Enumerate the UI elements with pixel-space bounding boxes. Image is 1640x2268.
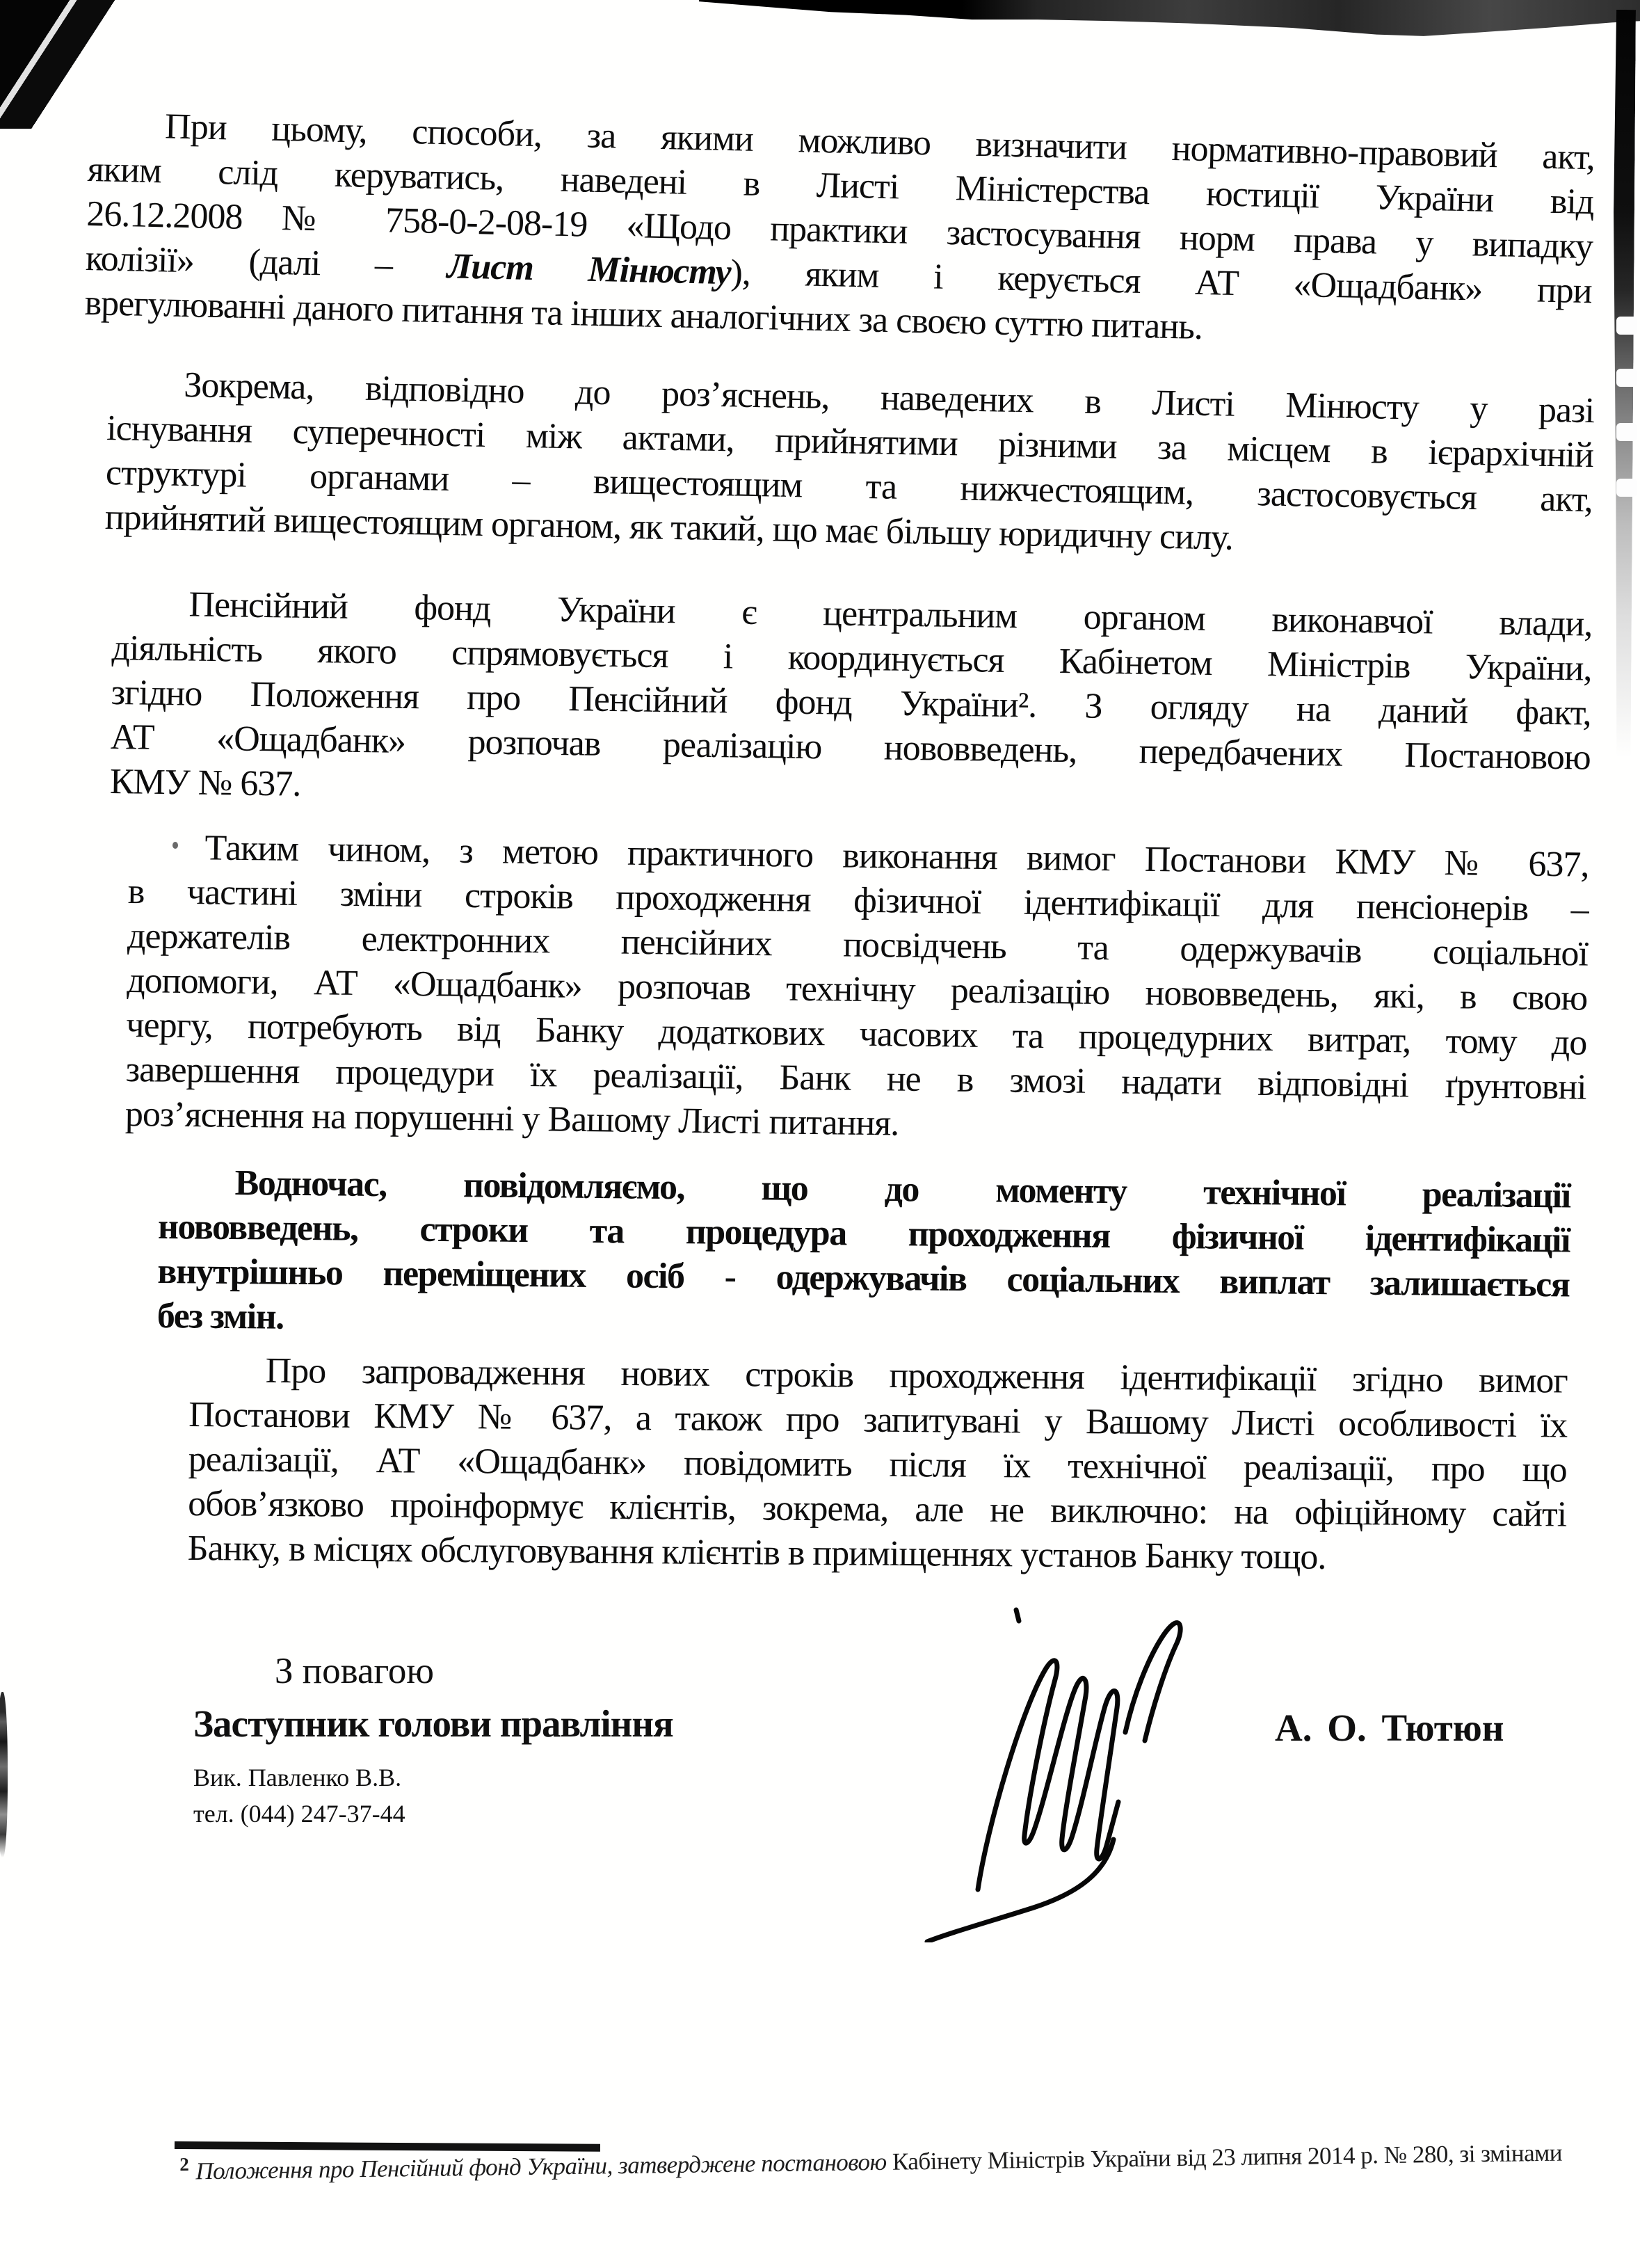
- paragraph-5: Водночас, повідомляємо, що до моменту те…: [157, 1160, 1570, 1352]
- scan-artifact-right-edge-strip: [1607, 10, 1636, 789]
- footnote-text-italic: Положення про Пенсійний фонд України, за…: [195, 2148, 892, 2185]
- scan-artifact-top-edge-band: [699, 0, 1640, 38]
- paragraph-4: Таким чином, з метою практичного виконан…: [125, 825, 1589, 1155]
- text-segment: без змін.: [157, 1296, 284, 1337]
- paragraph-6: Про запровадження нових строків проходже…: [187, 1348, 1567, 1582]
- text-segment: Банку, в місцях обслуговування клієнтів …: [188, 1528, 1326, 1577]
- scan-artifact-left-edge-streak: [0, 1692, 8, 1858]
- handwritten-signature: [917, 1595, 1257, 1942]
- footnote-text-regular: Кабінету Міністрів України від 23 липня …: [892, 2139, 1563, 2175]
- text-segment: КМУ № 637.: [110, 762, 301, 804]
- scan-artifact-bead: [1616, 423, 1637, 441]
- paragraph-1: При цьому, способи, за якими можливо виз…: [84, 103, 1595, 358]
- text-segment: Постанови КМУ № 637, а також про запитув…: [188, 1395, 1567, 1446]
- executor-name: Вик. Павленко В.В.: [193, 1763, 401, 1792]
- scanned-letter-page: При цьому, способи, за якими можливо виз…: [0, 0, 1640, 2268]
- scan-artifact-bead: [1616, 479, 1637, 497]
- text-segment: роз’яснення на порушенні у Вашому Листі …: [125, 1094, 899, 1144]
- signer-title: Заступник голови правління: [193, 1702, 673, 1746]
- paragraph-3: Пенсійний фонд України є центральним орг…: [110, 582, 1593, 825]
- signer-name: А. О. Тютюн: [1275, 1706, 1504, 1750]
- text-segment: реалізації, АТ «Ощадбанк» повідомить піс…: [188, 1439, 1567, 1490]
- text-segment: колізії» (далі –: [86, 239, 448, 286]
- text-segment: обов’язково проінформує клієнтів, зокрем…: [188, 1484, 1566, 1535]
- emphasized-text: Лист Мінюсту: [447, 246, 731, 292]
- scan-artifact-bead: [1616, 317, 1637, 335]
- closing-respect: З повагою: [275, 1650, 434, 1692]
- executor-phone: тел. (044) 247-37-44: [193, 1799, 405, 1828]
- scan-artifact-bead: [1616, 369, 1637, 387]
- footnote-marker: 2: [179, 2154, 188, 2175]
- text-segment: Про запровадження нових строків проходже…: [266, 1351, 1568, 1401]
- paragraph-2: Зокрема, відповідно до роз’яснень, навед…: [104, 362, 1594, 567]
